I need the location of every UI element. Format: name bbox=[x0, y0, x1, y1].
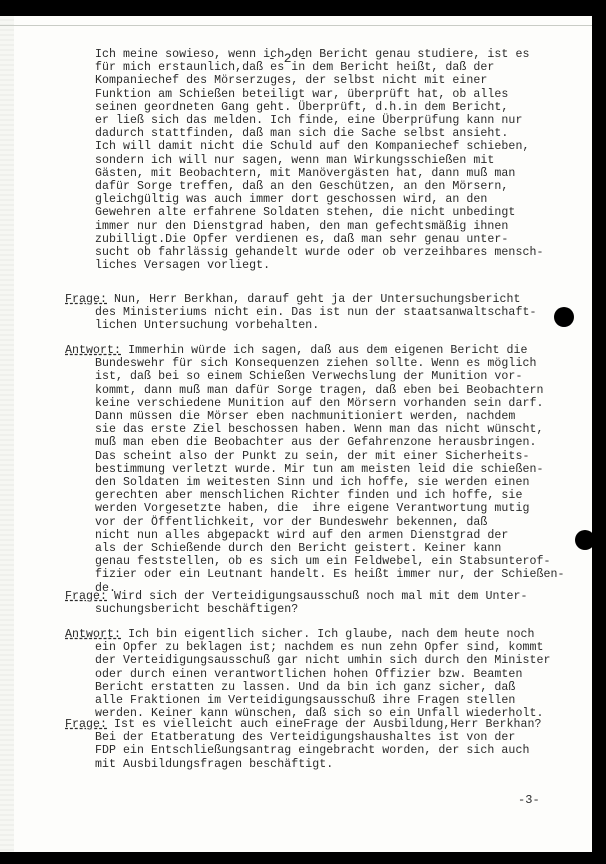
line-text: Ich bin eigentlich sicher. Ich glaube, n… bbox=[121, 628, 534, 641]
text-line: muß man eben die Beobachter aus der Gefa… bbox=[65, 436, 565, 449]
answer-2: Antwort: Ich bin eigentlich sicher. Ich … bbox=[65, 628, 550, 720]
speaker-label: Frage: bbox=[65, 718, 107, 731]
text-line: Kompaniechef des Mörserzuges, der selbst… bbox=[65, 74, 543, 87]
text-line: für mich erstaunlich,daß es in dem Beric… bbox=[65, 61, 543, 74]
speaker-label: Antwort: bbox=[65, 344, 121, 357]
line-first: Frage: Nun, Herr Berkhan, darauf geht ja… bbox=[65, 293, 536, 306]
text-line: sucht ob fahrlässig gehandelt wurde oder… bbox=[65, 246, 543, 259]
text-line: den Soldaten im weitesten Sinn und ich h… bbox=[65, 476, 565, 489]
text-line: dafür Sorge treffen, daß an den Geschütz… bbox=[65, 180, 543, 193]
text-line: oder durch einen verantwortlichen hohen … bbox=[65, 668, 550, 681]
text-line: Ich will damit nicht die Schuld auf den … bbox=[65, 140, 543, 153]
answer-1: Antwort: Immerhin würde ich sagen, daß a… bbox=[65, 344, 565, 595]
text-line: nicht nun alles abgepackt wird auf den a… bbox=[65, 529, 565, 542]
text-line: werden Vorgesetzte haben, die ihre eigen… bbox=[65, 502, 565, 515]
text-line: Bundeswehr für sich Konsequenzen ziehen … bbox=[65, 357, 565, 370]
text-line: sie das erste Ziel beschossen haben. Wen… bbox=[65, 423, 565, 436]
text-line: gerechten aber menschlichen Richter find… bbox=[65, 489, 565, 502]
text-line: immer nur den Dienstgrad haben, den man … bbox=[65, 220, 543, 233]
text-line: lichen Untersuchung vorbehalten. bbox=[65, 319, 536, 332]
text-line: alle Fraktionen im Verteidigungsausschuß… bbox=[65, 694, 550, 707]
text-line: Gewehren alte erfahrene Soldaten stehen,… bbox=[65, 206, 543, 219]
line-text: Nun, Herr Berkhan, darauf geht ja der Un… bbox=[107, 293, 520, 306]
text-line: genau feststellen, ob es sich um ein Fel… bbox=[65, 555, 565, 568]
text-line: Ich meine sowieso, wenn ich den Bericht … bbox=[65, 48, 543, 61]
next-page-marker: -3- bbox=[518, 794, 540, 807]
speaker-label: Antwort: bbox=[65, 628, 121, 641]
scan-artifact-line bbox=[0, 25, 592, 26]
line-first: Antwort: Immerhin würde ich sagen, daß a… bbox=[65, 344, 565, 357]
speaker-label: Frage: bbox=[65, 293, 107, 306]
text-line: suchungsbericht beschäftigen? bbox=[65, 603, 528, 616]
text-line: als der Schießende durch den Bericht gei… bbox=[65, 542, 565, 555]
text-line: Funktion am Schießen beteiligt war, über… bbox=[65, 88, 543, 101]
text-line: mit Ausbildungsfragen beschäftigt. bbox=[65, 758, 542, 771]
line-text: Ist es vielleicht auch eineFrage der Aus… bbox=[107, 718, 541, 731]
question-2: Frage: Wird sich der Verteidigungsaussch… bbox=[65, 590, 528, 616]
line-first: Antwort: Ich bin eigentlich sicher. Ich … bbox=[65, 628, 550, 641]
text-line: er ließ sich das melden. Ich finde, eine… bbox=[65, 114, 543, 127]
text-line: Bericht erstatten zu lassen. Und da bin … bbox=[65, 681, 550, 694]
paragraph-opening: Ich meine sowieso, wenn ich den Bericht … bbox=[65, 48, 543, 272]
text-line: gleichgültig was auch immer dort geschos… bbox=[65, 193, 543, 206]
punch-hole-upper bbox=[554, 307, 574, 327]
text-line: bestimmung verletzt wurde. Mir tun am me… bbox=[65, 463, 565, 476]
text-line: Das scheint also der Punkt zu sein, der … bbox=[65, 450, 565, 463]
text-line: Bei der Etatberatung des Verteidigungsha… bbox=[65, 731, 542, 744]
line-first: Frage: Wird sich der Verteidigungsaussch… bbox=[65, 590, 528, 603]
text-line: zubilligt.Die Opfer verdienen es, daß ma… bbox=[65, 233, 543, 246]
text-line: FDP ein Entschließungsantrag eingebracht… bbox=[65, 744, 542, 757]
question-3: Frage: Ist es vielleicht auch eineFrage … bbox=[65, 718, 542, 771]
text-line: Dann müssen die Mörser eben nachmunition… bbox=[65, 410, 565, 423]
text-line: des Ministeriums nicht ein. Das ist nun … bbox=[65, 306, 536, 319]
line-first: Frage: Ist es vielleicht auch eineFrage … bbox=[65, 718, 542, 731]
text-line: seinen geordneten Gang geht. Überprüft, … bbox=[65, 101, 543, 114]
text-line: liches Versagen vorliegt. bbox=[65, 259, 543, 272]
text-line: der Verteidigungsausschuß gar nicht umhi… bbox=[65, 654, 550, 667]
text-line: dadurch stattfinden, daß man sich die Sa… bbox=[65, 127, 543, 140]
question-1: Frage: Nun, Herr Berkhan, darauf geht ja… bbox=[65, 293, 536, 333]
text-line: vor der Öffentlichkeit, vor der Bundeswe… bbox=[65, 516, 565, 529]
text-line: Gästen, mit Beobachtern, mit Manövergäst… bbox=[65, 167, 543, 180]
text-line: ein Opfer zu beklagen ist; nachdem es nu… bbox=[65, 641, 550, 654]
document-page: - 2 - Ich meine sowieso, wenn ich den Be… bbox=[0, 16, 592, 852]
text-line: kommt, dann muß man dafür Sorge tragen, … bbox=[65, 384, 565, 397]
text-line: keine verschiedene Munition auf den Mörs… bbox=[65, 397, 565, 410]
text-line: ist, daß bei so einem Schießen Verwechsl… bbox=[65, 370, 565, 383]
speaker-label: Frage: bbox=[65, 590, 107, 603]
text-line: fizier oder ein Leutnant handelt. Es hei… bbox=[65, 568, 565, 581]
line-text: Immerhin würde ich sagen, daß aus dem ei… bbox=[121, 344, 527, 357]
punch-hole-lower bbox=[575, 530, 595, 550]
text-line: sondern ich will nur sagen, wenn man Wir… bbox=[65, 154, 543, 167]
line-text: Wird sich der Verteidigungsausschuß noch… bbox=[107, 590, 527, 603]
